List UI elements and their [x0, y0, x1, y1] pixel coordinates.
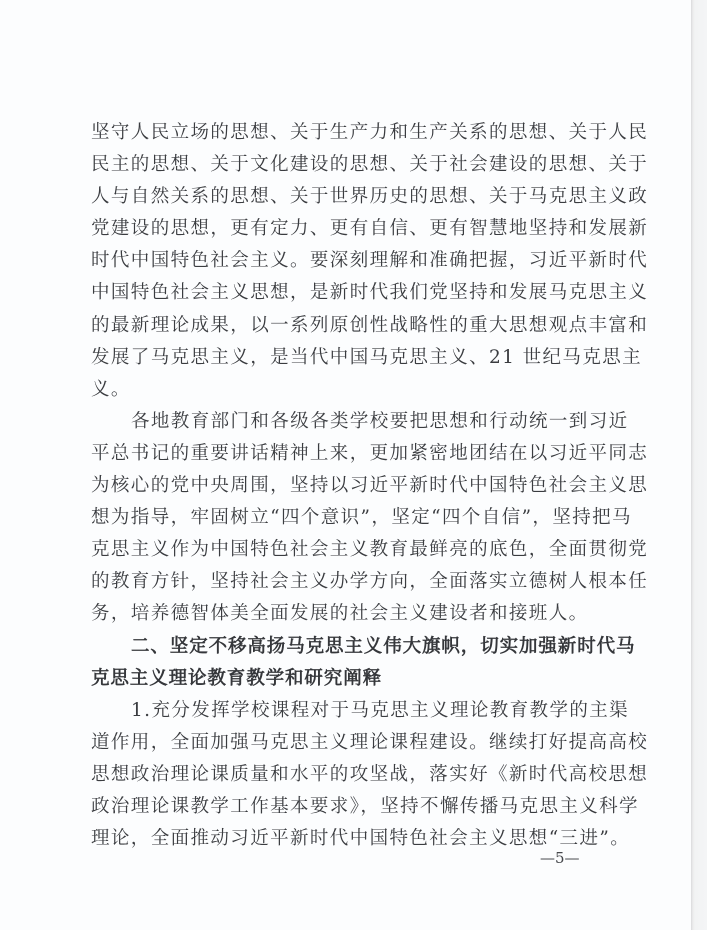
text-line: 义。	[91, 374, 601, 406]
text-line: 中国特色社会主义思想，是新时代我们党坚持和发展马克思主义	[91, 277, 601, 309]
document-body: 坚守人民立场的思想、关于生产力和生产关系的思想、关于人民 民主的思想、关于文化建…	[91, 117, 601, 855]
text-line: 党建设的思想，更有定力、更有自信、更有智慧地坚持和发展新	[91, 213, 601, 245]
heading-line: 二、坚定不移高扬马克思主义伟大旗帜，切实加强新时代马	[91, 631, 601, 663]
page-number: —5—	[540, 849, 580, 867]
scan-edge-shadow	[691, 0, 707, 930]
text-line: 为核心的党中央周围，坚持以习近平新时代中国特色社会主义思	[91, 470, 601, 502]
text-line: 坚守人民立场的思想、关于生产力和生产关系的思想、关于人民	[91, 117, 601, 149]
text-line: 思想政治理论课质量和水平的攻坚战，落实好《新时代高校思想	[91, 759, 601, 791]
paragraph-item-1: 1.充分发挥学校课程对于马克思主义理论教育教学的主渠 道作用，全面加强马克思主义…	[91, 695, 601, 855]
text-line: 务，培养德智体美全面发展的社会主义建设者和接班人。	[91, 598, 601, 630]
text-line: 的教育方针，坚持社会主义办学方向，全面落实立德树人根本任	[91, 566, 601, 598]
text-line: 平总书记的重要讲话精神上来，更加紧密地团结在以习近平同志	[91, 438, 601, 470]
text-line: 的最新理论成果，以一系列原创性战略性的重大思想观点丰富和	[91, 310, 601, 342]
text-line: 理论，全面推动习近平新时代中国特色社会主义思想“三进”。	[91, 823, 601, 855]
text-line: 民主的思想、关于文化建设的思想、关于社会建设的思想、关于	[91, 149, 601, 181]
text-line: 时代中国特色社会主义。要深刻理解和准确把握，习近平新时代	[91, 245, 601, 277]
text-line: 各地教育部门和各级各类学校要把思想和行动统一到习近	[91, 406, 601, 438]
paragraph-education-departments: 各地教育部门和各级各类学校要把思想和行动统一到习近 平总书记的重要讲话精神上来，…	[91, 406, 601, 631]
text-line: 发展了马克思主义，是当代中国马克思主义、21 世纪马克思主	[91, 342, 601, 374]
text-line: 人与自然关系的思想、关于世界历史的思想、关于马克思主义政	[91, 181, 601, 213]
text-line: 想为指导，牢固树立“四个意识”，坚定“四个自信”，坚持把马	[91, 502, 601, 534]
heading-line: 克思主义理论教育教学和研究阐释	[91, 663, 601, 695]
paragraph-continuation: 坚守人民立场的思想、关于生产力和生产关系的思想、关于人民 民主的思想、关于文化建…	[91, 117, 601, 406]
text-line: 克思主义作为中国特色社会主义教育最鲜亮的底色，全面贯彻党	[91, 534, 601, 566]
section-heading: 二、坚定不移高扬马克思主义伟大旗帜，切实加强新时代马 克思主义理论教育教学和研究…	[91, 631, 601, 695]
document-page: 坚守人民立场的思想、关于生产力和生产关系的思想、关于人民 民主的思想、关于文化建…	[0, 0, 691, 930]
text-line: 1.充分发挥学校课程对于马克思主义理论教育教学的主渠	[91, 695, 601, 727]
text-line: 道作用，全面加强马克思主义理论课程建设。继续打好提高高校	[91, 727, 601, 759]
text-line: 政治理论课教学工作基本要求》，坚持不懈传播马克思主义科学	[91, 791, 601, 823]
